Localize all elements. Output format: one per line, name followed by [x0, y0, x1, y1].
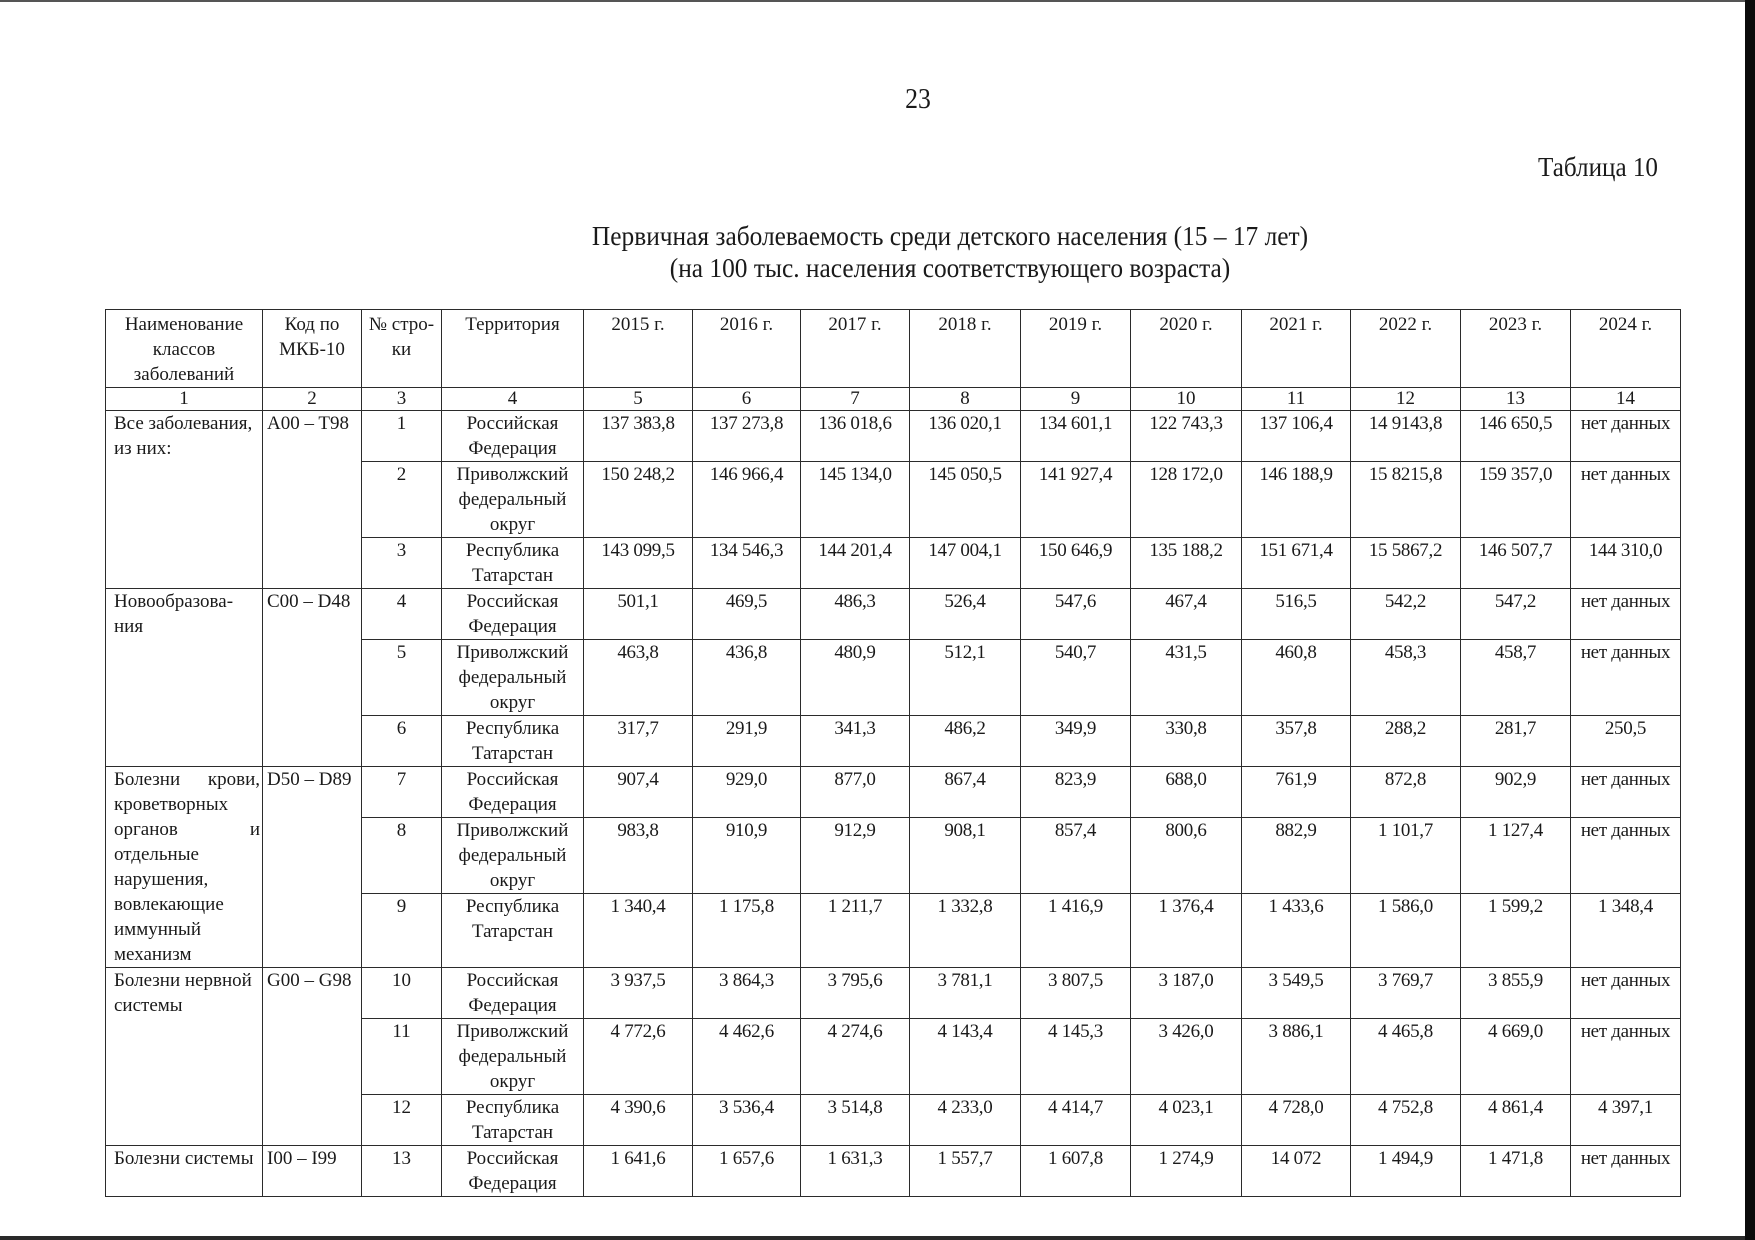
value-cell: 281,7	[1461, 716, 1571, 767]
value-cell: 330,8	[1131, 716, 1242, 767]
icd-code: I00 – I99	[263, 1146, 362, 1197]
value-cell: 4 414,7	[1021, 1095, 1131, 1146]
value-cell: 4 145,3	[1021, 1019, 1131, 1095]
value-cell: 516,5	[1242, 589, 1351, 640]
column-number: 4	[442, 388, 584, 411]
territory: Приволжский федеральный округ	[442, 1019, 584, 1095]
value-cell: 469,5	[693, 589, 801, 640]
value-cell: 486,2	[910, 716, 1021, 767]
header-year: 2016 г.	[693, 310, 801, 388]
value-cell: 122 743,3	[1131, 411, 1242, 462]
value-cell: 15 5867,2	[1351, 538, 1461, 589]
territory: Приволжский федеральный округ	[442, 818, 584, 894]
value-cell: 1 211,7	[801, 894, 910, 968]
value-cell: 1 348,4	[1571, 894, 1681, 968]
value-cell: 4 465,8	[1351, 1019, 1461, 1095]
territory: Российская Федерация	[442, 589, 584, 640]
value-cell: 1 433,6	[1242, 894, 1351, 968]
table-row: Болезни системыI00 – I9913Российская Фед…	[106, 1146, 1681, 1197]
header-year: 2023 г.	[1461, 310, 1571, 388]
value-cell: 317,7	[584, 716, 693, 767]
territory: Республика Татарстан	[442, 894, 584, 968]
column-number: 5	[584, 388, 693, 411]
header-year: 2015 г.	[584, 310, 693, 388]
value-cell: нет данных	[1571, 1146, 1681, 1197]
value-cell: 4 772,6	[584, 1019, 693, 1095]
value-cell: 1 641,6	[584, 1146, 693, 1197]
value-cell: 128 172,0	[1131, 462, 1242, 538]
value-cell: 3 514,8	[801, 1095, 910, 1146]
column-number: 9	[1021, 388, 1131, 411]
table-label: Таблица 10	[1538, 152, 1658, 183]
value-cell: 4 728,0	[1242, 1095, 1351, 1146]
value-cell: 902,9	[1461, 767, 1571, 818]
value-cell: 547,6	[1021, 589, 1131, 640]
value-cell: 1 494,9	[1351, 1146, 1461, 1197]
row-number: 2	[362, 462, 442, 538]
value-cell: 136 018,6	[801, 411, 910, 462]
value-cell: 159 357,0	[1461, 462, 1571, 538]
row-number: 6	[362, 716, 442, 767]
value-cell: 1 586,0	[1351, 894, 1461, 968]
value-cell: 1 101,7	[1351, 818, 1461, 894]
row-number: 9	[362, 894, 442, 968]
value-cell: 146 966,4	[693, 462, 801, 538]
value-cell: 3 536,4	[693, 1095, 801, 1146]
disease-class-name: Болезни нервной системы	[106, 968, 263, 1146]
value-cell: 800,6	[1131, 818, 1242, 894]
value-cell: 150 646,9	[1021, 538, 1131, 589]
header-year: 2018 г.	[910, 310, 1021, 388]
value-cell: 3 807,5	[1021, 968, 1131, 1019]
icd-code: C00 – D48	[263, 589, 362, 767]
value-cell: 145 134,0	[801, 462, 910, 538]
value-cell: 1 332,8	[910, 894, 1021, 968]
header-icd-code: Код по МКБ-10	[263, 310, 362, 388]
value-cell: 349,9	[1021, 716, 1131, 767]
column-number: 1	[106, 388, 263, 411]
scan-edge-right	[1745, 0, 1755, 1240]
territory: Республика Татарстан	[442, 1095, 584, 1146]
header-year: 2017 г.	[801, 310, 910, 388]
value-cell: 431,5	[1131, 640, 1242, 716]
row-number: 11	[362, 1019, 442, 1095]
territory: Российская Федерация	[442, 1146, 584, 1197]
value-cell: 761,9	[1242, 767, 1351, 818]
value-cell: 3 886,1	[1242, 1019, 1351, 1095]
value-cell: 136 020,1	[910, 411, 1021, 462]
value-cell: 151 671,4	[1242, 538, 1351, 589]
value-cell: 540,7	[1021, 640, 1131, 716]
value-cell: 4 861,4	[1461, 1095, 1571, 1146]
icd-code: G00 – G98	[263, 968, 362, 1146]
header-year: 2020 г.	[1131, 310, 1242, 388]
value-cell: 3 855,9	[1461, 968, 1571, 1019]
scan-edge-bottom	[0, 1236, 1745, 1240]
value-cell: 15 8215,8	[1351, 462, 1461, 538]
territory: Российская Федерация	[442, 411, 584, 462]
value-cell: 141 927,4	[1021, 462, 1131, 538]
header-territory: Территория	[442, 310, 584, 388]
value-cell: 929,0	[693, 767, 801, 818]
value-cell: нет данных	[1571, 968, 1681, 1019]
header-year: 2019 г.	[1021, 310, 1131, 388]
value-cell: 4 390,6	[584, 1095, 693, 1146]
disease-class-name: Новообразова-ния	[106, 589, 263, 767]
value-cell: 912,9	[801, 818, 910, 894]
value-cell: 467,4	[1131, 589, 1242, 640]
value-cell: 1 416,9	[1021, 894, 1131, 968]
value-cell: 143 099,5	[584, 538, 693, 589]
row-number: 7	[362, 767, 442, 818]
table-row: Болезни крови, кроветворных органов и от…	[106, 767, 1681, 818]
value-cell: нет данных	[1571, 462, 1681, 538]
value-cell: 910,9	[693, 818, 801, 894]
value-cell: 542,2	[1351, 589, 1461, 640]
value-cell: 3 781,1	[910, 968, 1021, 1019]
value-cell: 144 310,0	[1571, 538, 1681, 589]
value-cell: 877,0	[801, 767, 910, 818]
value-cell: 137 383,8	[584, 411, 693, 462]
value-cell: 458,7	[1461, 640, 1571, 716]
icd-code: D50 – D89	[263, 767, 362, 968]
value-cell: нет данных	[1571, 411, 1681, 462]
value-cell: 1 274,9	[1131, 1146, 1242, 1197]
value-cell: 872,8	[1351, 767, 1461, 818]
territory: Республика Татарстан	[442, 716, 584, 767]
value-cell: нет данных	[1571, 589, 1681, 640]
value-cell: 882,9	[1242, 818, 1351, 894]
row-number: 5	[362, 640, 442, 716]
value-cell: 867,4	[910, 767, 1021, 818]
value-cell: 908,1	[910, 818, 1021, 894]
value-cell: 857,4	[1021, 818, 1131, 894]
value-cell: 512,1	[910, 640, 1021, 716]
header-class-name: Наименование классов заболеваний	[106, 310, 263, 388]
value-cell: 4 669,0	[1461, 1019, 1571, 1095]
value-cell: 134 601,1	[1021, 411, 1131, 462]
value-cell: 983,8	[584, 818, 693, 894]
value-cell: 458,3	[1351, 640, 1461, 716]
value-cell: 436,8	[693, 640, 801, 716]
table-title-line-2: (на 100 тыс. населения соответствующего …	[57, 252, 1755, 284]
value-cell: 1 607,8	[1021, 1146, 1131, 1197]
value-cell: 1 376,4	[1131, 894, 1242, 968]
value-cell: 146 507,7	[1461, 538, 1571, 589]
value-cell: 460,8	[1242, 640, 1351, 716]
value-cell: 3 769,7	[1351, 968, 1461, 1019]
territory: Республика Татарстан	[442, 538, 584, 589]
disease-class-name: Болезни крови, кроветворных органов и от…	[106, 767, 263, 968]
value-cell: 4 752,8	[1351, 1095, 1461, 1146]
territory: Российская Федерация	[442, 968, 584, 1019]
header-year: 2022 г.	[1351, 310, 1461, 388]
column-number: 8	[910, 388, 1021, 411]
column-number: 11	[1242, 388, 1351, 411]
value-cell: 341,3	[801, 716, 910, 767]
value-cell: 4 143,4	[910, 1019, 1021, 1095]
value-cell: 357,8	[1242, 716, 1351, 767]
header-row-no: № стро-ки	[362, 310, 442, 388]
value-cell: 480,9	[801, 640, 910, 716]
header-year: 2021 г.	[1242, 310, 1351, 388]
value-cell: 501,1	[584, 589, 693, 640]
value-cell: 137 106,4	[1242, 411, 1351, 462]
value-cell: 14 072	[1242, 1146, 1351, 1197]
value-cell: нет данных	[1571, 1019, 1681, 1095]
row-number: 10	[362, 968, 442, 1019]
disease-class-name: Болезни системы	[106, 1146, 263, 1197]
scan-edge-top	[0, 0, 1745, 2]
value-cell: 137 273,8	[693, 411, 801, 462]
value-cell: 291,9	[693, 716, 801, 767]
value-cell: нет данных	[1571, 818, 1681, 894]
value-cell: 135 188,2	[1131, 538, 1242, 589]
value-cell: 134 546,3	[693, 538, 801, 589]
column-number: 6	[693, 388, 801, 411]
value-cell: 3 426,0	[1131, 1019, 1242, 1095]
column-number: 12	[1351, 388, 1461, 411]
value-cell: 147 004,1	[910, 538, 1021, 589]
value-cell: 14 9143,8	[1351, 411, 1461, 462]
icd-code: A00 – T98	[263, 411, 362, 589]
value-cell: 4 462,6	[693, 1019, 801, 1095]
value-cell: 150 248,2	[584, 462, 693, 538]
value-cell: 547,2	[1461, 589, 1571, 640]
value-cell: 526,4	[910, 589, 1021, 640]
column-number: 3	[362, 388, 442, 411]
value-cell: нет данных	[1571, 640, 1681, 716]
value-cell: 3 549,5	[1242, 968, 1351, 1019]
row-number: 8	[362, 818, 442, 894]
column-number: 2	[263, 388, 362, 411]
value-cell: 463,8	[584, 640, 693, 716]
value-cell: 144 201,4	[801, 538, 910, 589]
value-cell: 1 557,7	[910, 1146, 1021, 1197]
territory: Приволжский федеральный округ	[442, 640, 584, 716]
value-cell: 907,4	[584, 767, 693, 818]
value-cell: 3 187,0	[1131, 968, 1242, 1019]
value-cell: 3 864,3	[693, 968, 801, 1019]
value-cell: 288,2	[1351, 716, 1461, 767]
value-cell: 1 127,4	[1461, 818, 1571, 894]
header-row: Наименование классов заболеваний Код по …	[106, 310, 1681, 388]
morbidity-table: Наименование классов заболеваний Код по …	[105, 309, 1681, 1197]
value-cell: 1 471,8	[1461, 1146, 1571, 1197]
column-number: 13	[1461, 388, 1571, 411]
value-cell: 3 795,6	[801, 968, 910, 1019]
value-cell: 250,5	[1571, 716, 1681, 767]
column-number: 10	[1131, 388, 1242, 411]
value-cell: 146 188,9	[1242, 462, 1351, 538]
table-body: Все заболевания, из них:A00 – T981Россий…	[106, 411, 1681, 1197]
column-number-row: 1 2 3 4 5 6 7 8 9 10 11 12 13 14	[106, 388, 1681, 411]
table-row: Все заболевания, из них:A00 – T981Россий…	[106, 411, 1681, 462]
value-cell: 486,3	[801, 589, 910, 640]
value-cell: 146 650,5	[1461, 411, 1571, 462]
value-cell: 1 340,4	[584, 894, 693, 968]
value-cell: 3 937,5	[584, 968, 693, 1019]
table-title: Первичная заболеваемость среди детского …	[57, 220, 1755, 284]
row-number: 1	[362, 411, 442, 462]
column-number: 14	[1571, 388, 1681, 411]
value-cell: 145 050,5	[910, 462, 1021, 538]
page-number: 23	[73, 84, 1755, 116]
table-title-line-1: Первичная заболеваемость среди детского …	[57, 220, 1755, 252]
row-number: 3	[362, 538, 442, 589]
value-cell: 1 175,8	[693, 894, 801, 968]
row-number: 12	[362, 1095, 442, 1146]
column-number: 7	[801, 388, 910, 411]
territory: Приволжский федеральный округ	[442, 462, 584, 538]
value-cell: 823,9	[1021, 767, 1131, 818]
disease-class-name: Все заболевания, из них:	[106, 411, 263, 589]
value-cell: 1 599,2	[1461, 894, 1571, 968]
row-number: 13	[362, 1146, 442, 1197]
row-number: 4	[362, 589, 442, 640]
value-cell: 4 233,0	[910, 1095, 1021, 1146]
table-row: Новообразова-нияC00 – D484Российская Фед…	[106, 589, 1681, 640]
table-row: Болезни нервной системыG00 – G9810Россий…	[106, 968, 1681, 1019]
value-cell: 688,0	[1131, 767, 1242, 818]
value-cell: 4 274,6	[801, 1019, 910, 1095]
value-cell: 4 397,1	[1571, 1095, 1681, 1146]
value-cell: 1 657,6	[693, 1146, 801, 1197]
value-cell: нет данных	[1571, 767, 1681, 818]
value-cell: 4 023,1	[1131, 1095, 1242, 1146]
header-year: 2024 г.	[1571, 310, 1681, 388]
value-cell: 1 631,3	[801, 1146, 910, 1197]
territory: Российская Федерация	[442, 767, 584, 818]
